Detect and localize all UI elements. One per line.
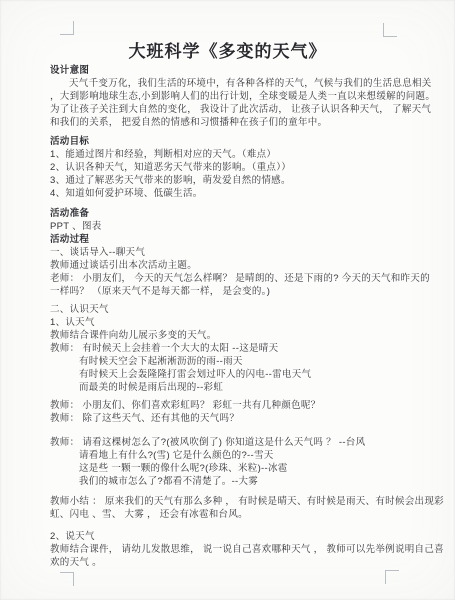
text-boundary-mark-top-right [383, 23, 397, 37]
spacer [50, 200, 408, 207]
spacer [50, 425, 408, 436]
teacher-question-line: 教师： 除了这些天气、还有其他的天气吗？ [50, 412, 408, 425]
teacher-dialogue-line: 这是些 一颗一颗的像什么呢?(珍珠、米粒)--冰雹 [50, 462, 408, 475]
process-part2-sub1-intro: 教师结合课件向幼儿展示多变的天气。 [50, 329, 408, 342]
process-part2-title: 二、认识天气 [50, 303, 408, 316]
goal-item: 2、认识各种天气，知道恶劣天气带来的影响。（重点）） [50, 161, 408, 174]
process-part2-sub2-title: 2、说天气 [50, 530, 408, 543]
teacher-dialogue-line: 教师： 有时候天上会挂着一个大大的太阳 --这是晴天 [50, 342, 408, 355]
teacher-dialogue-line: 有时候天空会下起淅淅沥沥的雨--雨天 [50, 355, 408, 368]
design-intent-line: 天气千变万化，我们生活的环境中，有各种各样的天气，气候与我们的生活息息相关 [50, 77, 408, 90]
preparation-content: PPT 、图表 [50, 220, 408, 233]
teacher-dialogue-line: 老师： 小朋友们， 今天的天气怎么样啊？ 是晴朗的、还是下雨的? 今天的天气和昨… [50, 272, 408, 285]
teacher-question-line: 教师： 小朋友们、你们喜欢彩虹吗？ 彩虹一共有几种颜色呢？ [50, 399, 408, 412]
section-heading-preparation: 活动准备 [50, 207, 408, 220]
design-intent-line: ，大到影响地球生态,小到影响人们的出行计划，全球变暖是人类一直以来想缓解的问题。 [50, 90, 408, 103]
teacher-dialogue-line: 有时候天上会轰隆隆打雷会划过吓人的闪电--雷电天气 [50, 368, 408, 381]
process-part2-sub1-title: 1、认天气 [50, 316, 408, 329]
spacer [50, 521, 408, 530]
teacher-dialogue-line: 教师： 请看这棵树怎么了?(被风吹倒了) 你知道这是什么天气吗 ？ --台风 [50, 436, 408, 449]
section-heading-goals: 活动目标 [50, 135, 408, 148]
section-heading-process: 活动过程 [50, 233, 408, 246]
section-heading-design-intent: 设计意图 [50, 64, 408, 77]
spacer [50, 488, 408, 495]
text-boundary-mark-top-left [60, 21, 74, 35]
process-part2-sub2-line: 欢的天气 。 [50, 556, 408, 569]
goal-item: 4、知道如何爱护环境、低碳生活。 [50, 187, 408, 200]
process-part2-sub2-line: 教师结合课件， 请幼儿发散思维， 说一说自己喜欢哪种天气 ， 教师可以先举例说明… [50, 543, 408, 556]
goal-item: 3、通过了解恶劣天气带来的影响，萌发爱自然的情感。 [50, 174, 408, 187]
teacher-summary-line: 虹、闪电 、雪、 大雾 ， 还会有冰雹和台风。 [50, 508, 408, 521]
text-boundary-mark-bottom-left [60, 572, 74, 586]
document-body: 设计意图 天气千变万化，我们生活的环境中，有各种各样的天气，气候与我们的生活息息… [50, 64, 408, 569]
page-title: 大班科学《多变的天气》 [0, 37, 455, 62]
teacher-summary-line: 教师小结 ： 原来我们的天气有那么多种 ， 有时候是晴天、有时候是雨天、有时候会… [50, 495, 408, 508]
teacher-dialogue-line: 一样吗？ （原来天气不是每天都一样， 是会变的。) [50, 285, 408, 298]
document-page: 大班科学《多变的天气》 设计意图 天气千变万化，我们生活的环境中，有各种各样的天… [0, 0, 455, 600]
text-boundary-mark-bottom-right [385, 570, 399, 584]
teacher-dialogue-line: 而最美的时候是雨后出现的--彩虹 [50, 381, 408, 394]
teacher-dialogue-line: 我们的城市怎么了?都看不清楚了。--大雾 [50, 475, 408, 488]
goal-item: 1、能通过图片和经验，判断相对应的天气。（难点） [50, 148, 408, 161]
teacher-dialogue-line: 请看地上有什么?(雪) 它是什么颜色的?--雪天 [50, 449, 408, 462]
design-intent-line: 和我们的关系， 把爱自然的情感和习惯播种在孩子们的童年中。 [50, 116, 408, 129]
process-part1-intro: 教师通过谈话引出本次活动主题。 [50, 259, 408, 272]
process-part1-title: 一、谈话导入--聊天气 [50, 246, 408, 259]
design-intent-line: 为了让孩子关注到大自然的变化， 我设计了此次活动， 让孩子认识各种天气， 了解天… [50, 103, 408, 116]
